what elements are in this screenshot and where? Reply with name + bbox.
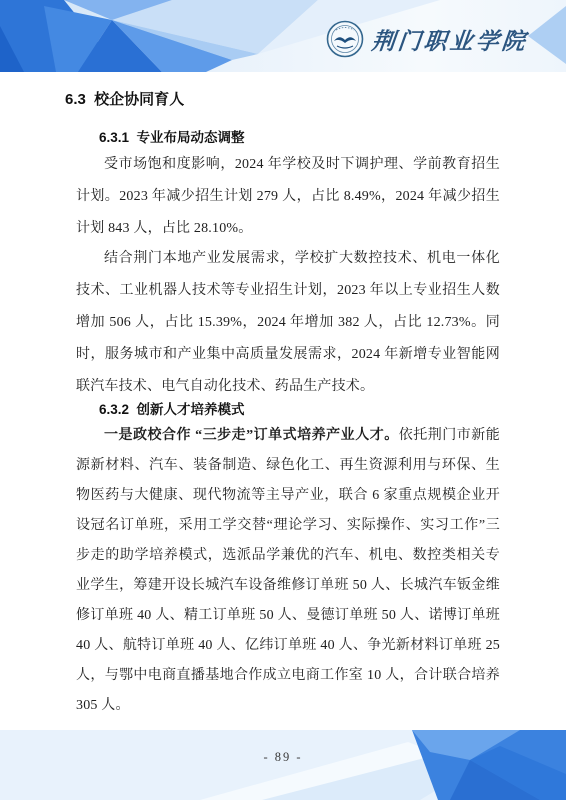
section-title: 6.3 校企协同育人 xyxy=(65,88,184,109)
paragraph-order-classes: 一是政校合作 “三步走”订单式培养产业人才。依托荆门市新能源新材料、汽车、装备制… xyxy=(76,421,500,721)
paragraph-enrollment-expand: 结合荆门本地产业发展需求，学校扩大数控技术、机电一体化技术、工业机器人技术等专业… xyxy=(76,243,500,403)
footer-decoration xyxy=(0,730,566,800)
subsection-title-631: 6.3.1 专业布局动态调整 xyxy=(99,126,245,146)
school-seal-icon xyxy=(326,20,364,58)
paragraph-enrollment-cut: 受市场饱和度影响，2024 年学校及时下调护理、学前教育招生计划。2023 年减… xyxy=(76,149,500,245)
school-name: 荆门职业学院 xyxy=(370,23,529,56)
paragraph-lead-bold: 一是政校合作 “三步走”订单式培养产业人才。 xyxy=(104,428,399,443)
document-page: { "header": { "school_name": "荆门职业学院", "… xyxy=(0,0,566,800)
page-number: - 89 - xyxy=(0,750,566,765)
school-logo: 荆门职业学院 xyxy=(326,20,528,58)
paragraph-body-text: 依托荆门市新能源新材料、汽车、装备制造、绿色化工、再生资源利用与环保、生物医药与… xyxy=(76,428,500,713)
subsection-title-632: 6.3.2 创新人才培养模式 xyxy=(99,398,245,418)
